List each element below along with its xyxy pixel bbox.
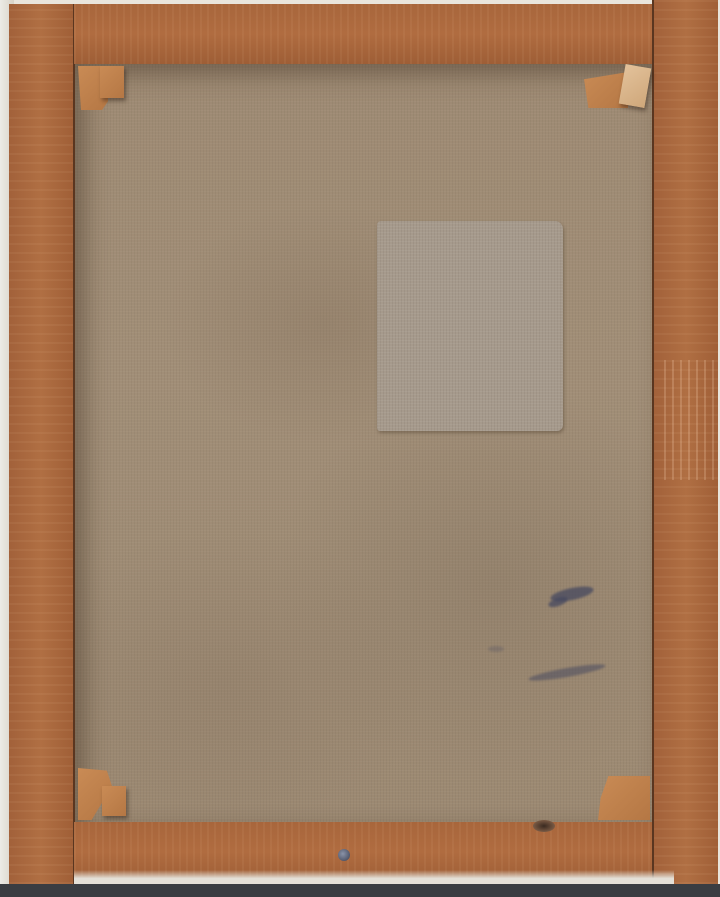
canvas-repair-patch — [377, 221, 563, 431]
stretcher-bar-left — [9, 4, 75, 884]
canvas-reverse — [74, 64, 654, 822]
canvas-back-photo: Back of a stretched canvas painting — [0, 0, 720, 897]
corner-wedge-bottom-left-back — [102, 786, 126, 816]
nail-head — [338, 849, 350, 861]
stretcher-bar-top — [74, 4, 652, 64]
corner-wedge-top-left-back — [100, 66, 124, 98]
gesso-edge — [74, 870, 674, 884]
stretcher-bar-right — [652, 0, 718, 884]
screw-hole — [533, 820, 555, 832]
backdrop-floor — [0, 884, 720, 897]
paint-stain — [488, 646, 504, 652]
